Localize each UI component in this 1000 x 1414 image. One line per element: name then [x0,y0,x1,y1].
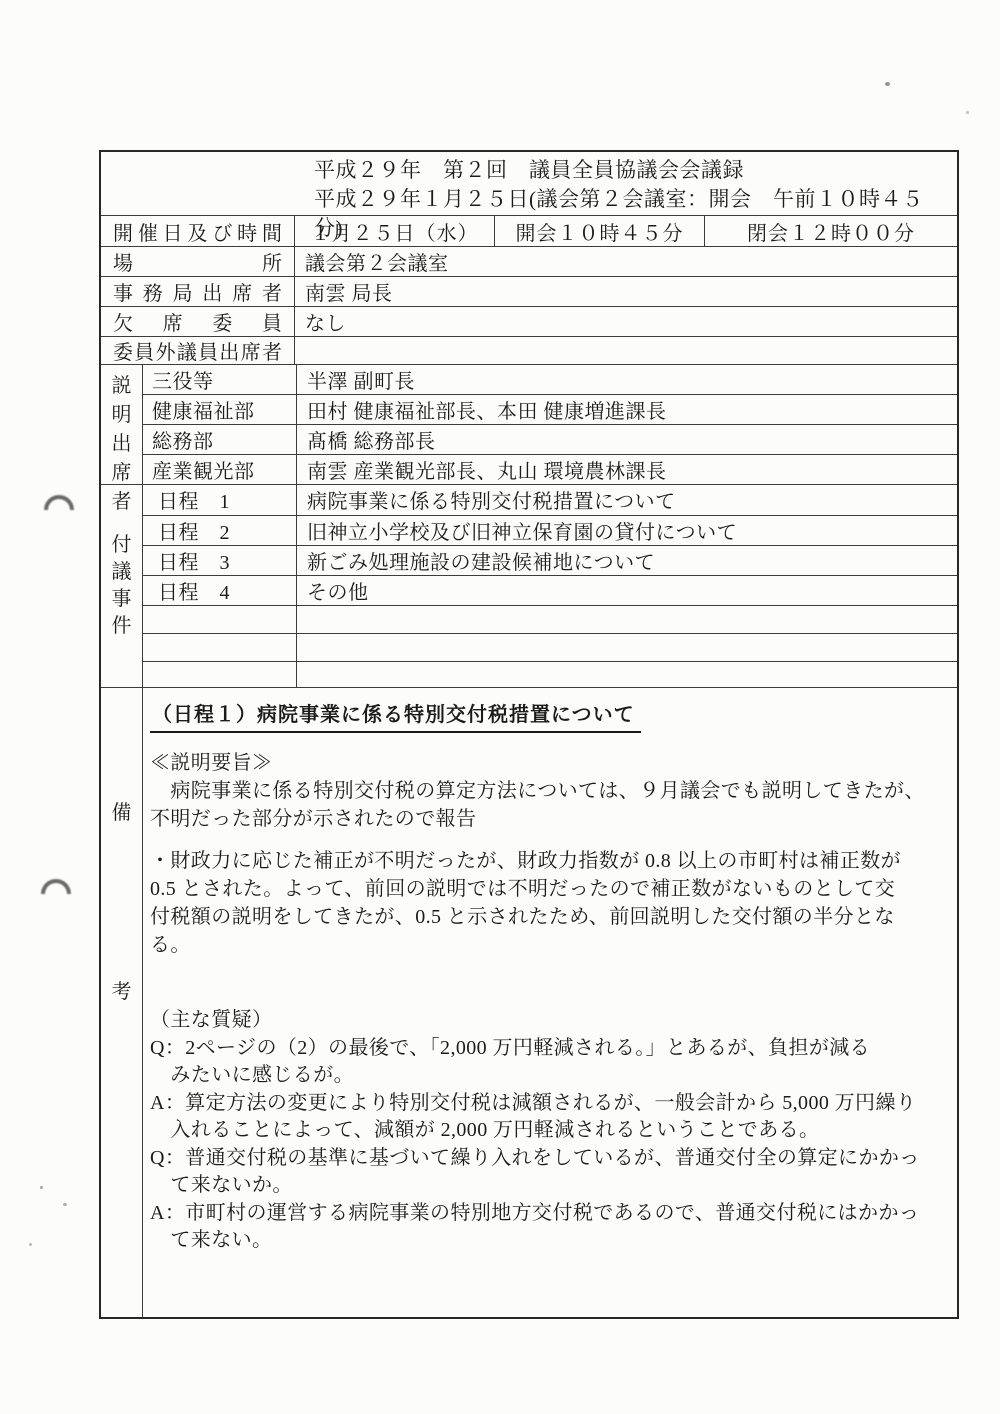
explainer-row: 健康福祉部 田村 健康福祉部長、本田 健康増進課長 [143,394,957,424]
explainer-group: 三役等 [143,365,296,394]
scanned-minutes-page: 平成２９年 第２回 議員全員協議会会議録 平成２９年１月２５日(議会第２会議室：… [0,0,1000,1414]
explainers-section: 説 明 出 席 者 三役等 半澤 副町長 健康福祉部 田村 健康福祉部長、本田 … [101,364,957,484]
secretariat-value: 南雲 局長 [294,277,957,306]
explainer-row: 総務部 髙橋 総務部長 [143,424,957,454]
notes-side-label: 備 考 [101,688,143,1317]
absentees-label: 欠席委員 [101,307,294,336]
info-row-place: 場所 議会第２会議室 [101,246,957,276]
agenda-row-empty [143,605,957,634]
agenda-row-empty [143,633,957,661]
explainer-row: 三役等 半澤 副町長 [143,365,957,394]
agenda-number: 日程 4 [143,576,296,605]
minutes-table: 平成２９年 第２回 議員全員協議会会議録 平成２９年１月２５日(議会第２会議室：… [99,150,959,1319]
agenda-row-empty [143,661,957,687]
agenda-number: 日程 2 [143,516,296,545]
schedule-close-time: 閉会１２時００分 [704,216,957,246]
correction-paragraph: ・財政力に応じた補正が不明だったが、財政力指数が 0.8 以上の市町村は補正数が… [150,847,937,959]
schedule-row: 開催日及び時間 １月２５日（水） 開会１０時４５分 閉会１２時００分 [101,215,957,246]
schedule-date: １月２５日（水） [294,216,494,246]
info-row-secretariat: 事務局出席者 南雲 局長 [101,276,957,306]
nonmember-value [294,337,957,364]
scan-speck [63,1203,67,1206]
agenda-number: 日程 1 [143,485,296,515]
info-row-absentees: 欠席委員 なし [101,306,957,336]
scan-speck [40,1186,43,1189]
explainer-group: 総務部 [143,425,296,454]
agenda-row: 日程 2 旧神立小学校及び旧神立保育園の貸付について [143,515,957,545]
secretariat-label: 事務局出席者 [101,277,294,306]
schedule-label: 開催日及び時間 [101,216,294,246]
explainer-names: 南雲 産業観光部長、丸山 環境農林課長 [296,455,957,484]
qa-paragraph: （主な質疑） Q：2ページの（2）の最後で、「2,000 万円軽減される。」とあ… [150,1007,937,1255]
agenda-row: 日程 4 その他 [143,575,957,605]
agenda-item: 新ごみ処理施設の建設候補地について [296,546,957,575]
agenda-section: 付 議 事 件 日程 1 病院事業に係る特別交付税措置について 日程 2 旧神立… [101,484,957,687]
scan-speck [29,1243,32,1246]
absentees-value: なし [294,307,957,336]
notes-heading: （日程１）病院事業に係る特別交付税措置について [150,702,641,733]
notes-section: 備 考 （日程１）病院事業に係る特別交付税措置について ≪説明要旨≫ 病院事業に… [101,687,957,1317]
agenda-number: 日程 3 [143,546,296,575]
agenda-item: 病院事業に係る特別交付税措置について [296,485,957,515]
schedule-open-time: 開会１０時４５分 [494,216,704,246]
summary-paragraph: ≪説明要旨≫ 病院事業に係る特別交付税の算定方法については、９月議会でも説明して… [150,749,937,833]
explainer-names: 田村 健康福祉部長、本田 健康増進課長 [296,395,957,424]
explainer-row: 産業観光部 南雲 産業観光部長、丸山 環境農林課長 [143,454,957,484]
punch-hole-icon [44,495,74,510]
agenda-item: その他 [296,576,957,605]
document-title: 平成２９年 第２回 議員全員協議会会議録 [314,156,949,185]
document-title-cell: 平成２９年 第２回 議員全員協議会会議録 平成２９年１月２５日(議会第２会議室：… [101,152,957,215]
explainer-names: 髙橋 総務部長 [296,425,957,454]
scan-speck [966,111,969,114]
notes-content: （日程１）病院事業に係る特別交付税措置について ≪説明要旨≫ 病院事業に係る特別… [143,688,957,1317]
nonmember-label: 委員外議員出席者 [101,337,294,364]
explainer-names: 半澤 副町長 [296,365,957,394]
explainer-group: 健康福祉部 [143,395,296,424]
place-value: 議会第２会議室 [294,247,957,276]
agenda-row: 日程 3 新ごみ処理施設の建設候補地について [143,545,957,575]
punch-hole-icon [41,879,71,894]
explainer-group: 産業観光部 [143,455,296,484]
explainers-side-label: 説 明 出 席 者 [101,365,143,484]
scan-speck [885,82,890,86]
info-row-nonmember-attendees: 委員外議員出席者 [101,336,957,364]
place-label: 場所 [101,247,294,276]
agenda-row: 日程 1 病院事業に係る特別交付税措置について [143,485,957,515]
agenda-side-label: 付 議 事 件 [101,485,143,687]
agenda-item: 旧神立小学校及び旧神立保育園の貸付について [296,516,957,545]
